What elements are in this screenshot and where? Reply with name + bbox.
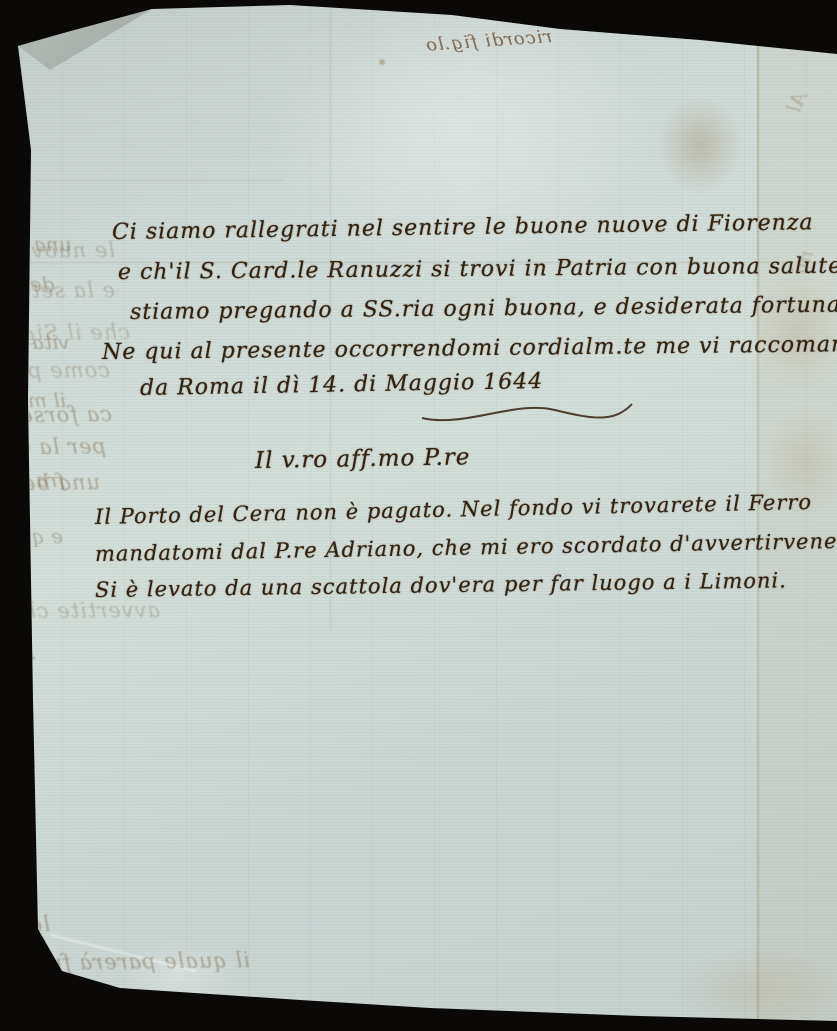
horizontal-fold-crease-faint [34, 180, 284, 181]
folded-corner [0, 0, 300, 160]
bleedthrough-line: lette con carte ampliate dentro, che bal… [0, 912, 50, 947]
bleedthrough-line: come per la terra ferma scrivete non men… [0, 358, 110, 385]
bleedthrough-line: avvertite che la roba arrivi a buon port… [0, 598, 160, 626]
pen-flourish [420, 398, 635, 428]
bleedthrough-fragment: vita [32, 330, 70, 354]
bleedthrough-fragment: il m [28, 388, 66, 412]
letter-line: stiamo pregando a SS.ria ogni buona, e d… [130, 292, 837, 325]
letter-paper: ricordi fig.lo le nuove che ci scrivete … [0, 0, 837, 1031]
bleedthrough-fragment: e q [32, 524, 63, 548]
letter-line: Ci siamo rallegrati nel sentire le buone… [112, 210, 814, 245]
bleedthrough-line: potrete fargli carezze con un ringraziam… [0, 836, 30, 875]
postscript-line: Il Porto del Cera non è pagato. Nel fond… [95, 490, 813, 529]
photo-background: ricordi fig.lo le nuove che ci scrivete … [0, 0, 837, 1031]
letter-line: Ne qui al presente occorrendomi cordialm… [102, 332, 837, 365]
bleedthrough-fragment: fra [36, 468, 65, 492]
bleedthrough-line: ancora vi è una scatola piena aperta di … [0, 757, 30, 798]
bleedthrough-line: con ciò Ginevra avanti e una lista che e… [0, 678, 32, 717]
bleedthrough-line: Francescani ritornano per via. Riceveret… [0, 640, 35, 673]
letter-line: e ch'il S. Card.le Ranuzzi si trovi in P… [118, 254, 837, 285]
bleedthrough-fragment: de [30, 272, 55, 296]
top-annotation: ricordi fig.lo [424, 26, 552, 56]
bleedthrough-line: di qua, che ve lo mandiate per più chiar… [0, 716, 30, 753]
folded-corner-crease [34, 0, 157, 14]
bleedthrough-line: e la sua figura. Nel fondo di ciò trover… [0, 874, 30, 910]
dateline: da Roma il dì 14. di Maggio 1644 [140, 369, 544, 401]
bleedthrough-fragment: Al [781, 87, 812, 116]
bleedthrough-fragment: una [34, 232, 72, 256]
bleedthrough-line: per la Giulia vogliamo ogni cosa buona d… [0, 434, 106, 467]
bleedthrough-line: il quale parerà fuori le mani [0, 948, 250, 977]
postscript-line: mandatomi dal P.re Adriano, che mi ero s… [95, 529, 837, 566]
postscript-line: Si è levato da una scattola dov'era per … [95, 568, 787, 602]
bleedthrough-line: con cassa che il foglio venne per il P. … [0, 797, 30, 834]
bleedthrough-line: e la settimana passata vi mandammo il re… [0, 278, 115, 306]
signature-line: Il v.ro aff.mo P.re [255, 444, 471, 474]
